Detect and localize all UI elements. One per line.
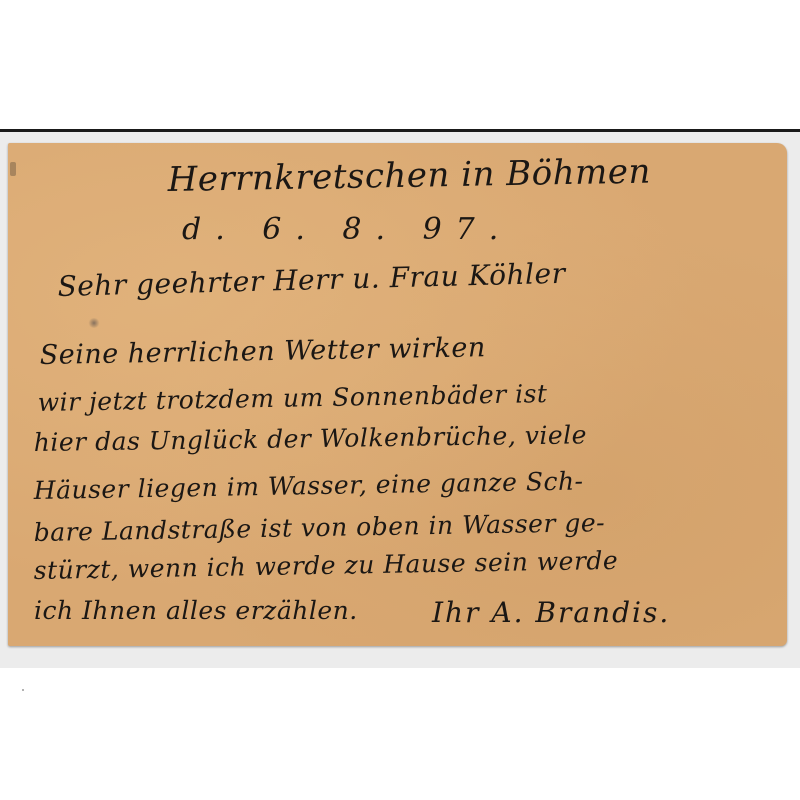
- edge-stain: [10, 162, 16, 176]
- dust-speck: [22, 689, 24, 691]
- body-line: ich Ihnen alles erzählen.: [34, 596, 358, 625]
- signature: Ihr A. Brandis.: [432, 596, 670, 629]
- top-border-line: [0, 129, 800, 132]
- ink-smudge: [88, 318, 100, 328]
- place-heading: Herrnkretschen in Böhmen: [167, 152, 651, 200]
- date-line: d. 6. 8. 97.: [182, 212, 512, 247]
